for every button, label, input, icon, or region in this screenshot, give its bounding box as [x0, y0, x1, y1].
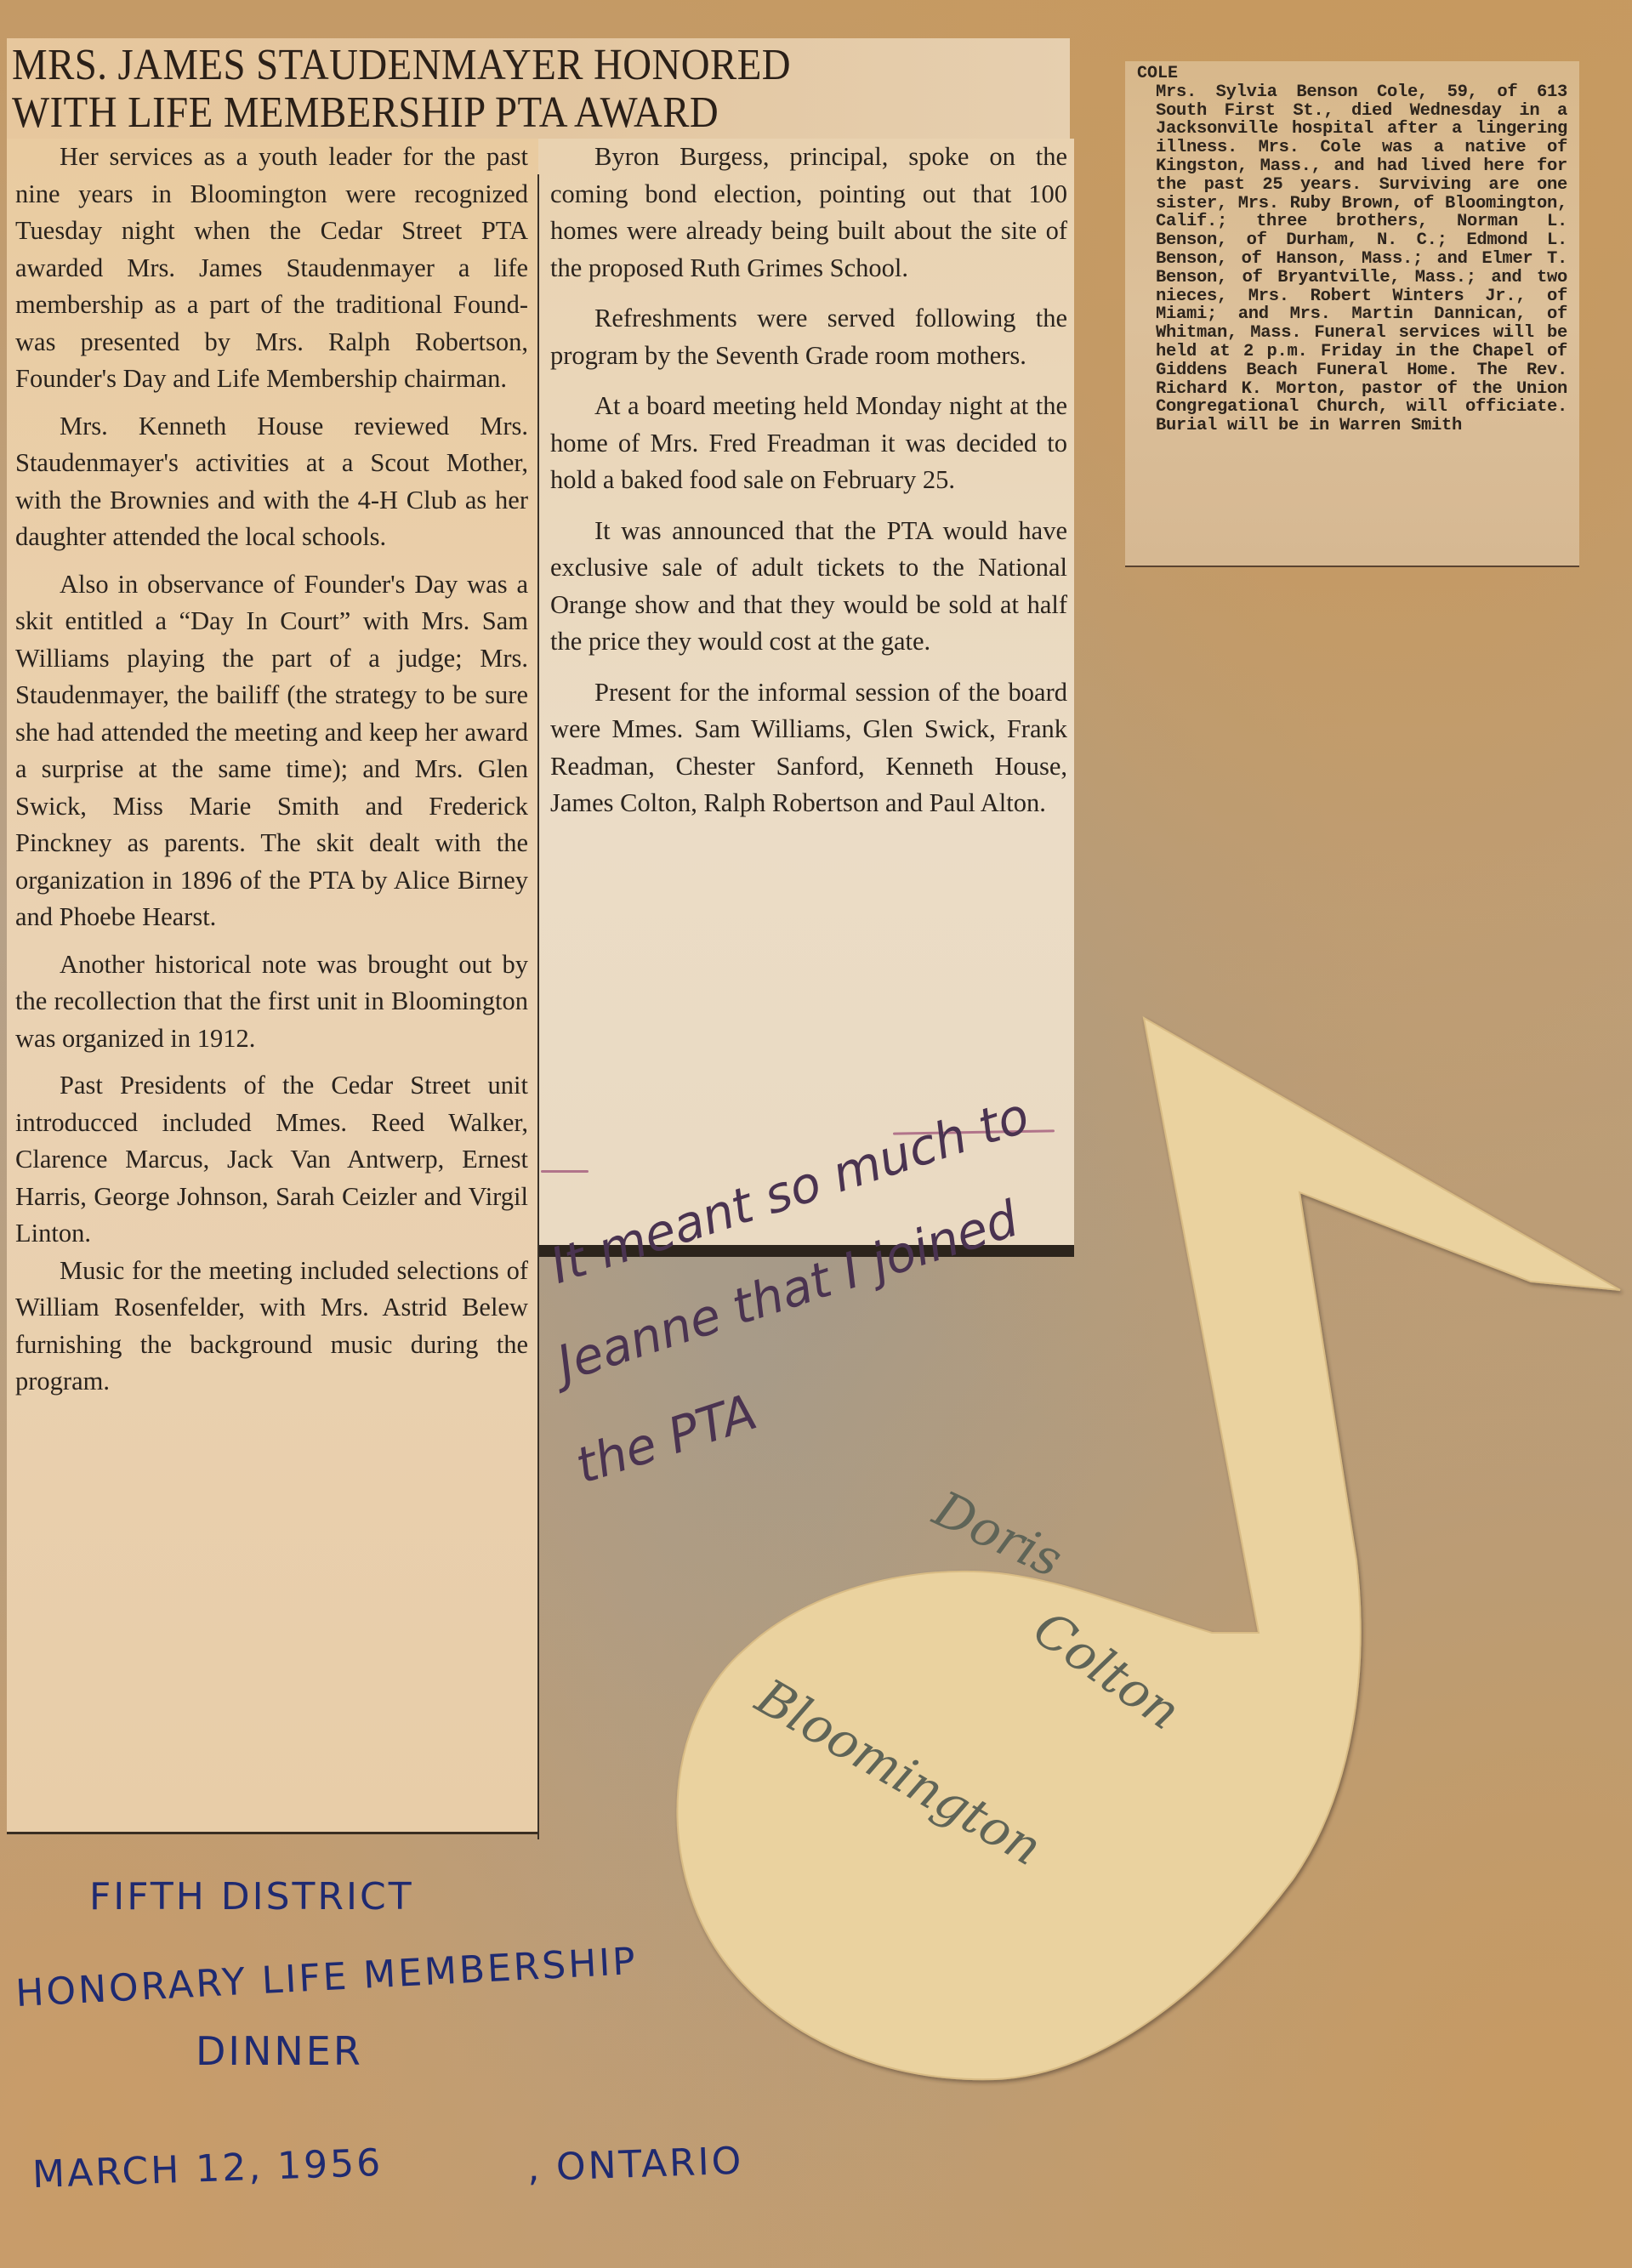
obituary-clipping: COLE Mrs. Sylvia Benson Cole, 59, of 613… — [1125, 61, 1579, 566]
paragraph: Another historical note was brought out … — [15, 946, 528, 1058]
caption-line-1: FIFTH DISTRICT — [89, 1875, 414, 1918]
paragraph: Her services as a youth leader for the p… — [15, 139, 528, 398]
headline-line-1: MRS. JAMES STAUDENMAYER HONORED — [12, 42, 964, 89]
paragraph: At a board meeting held Monday night at … — [550, 388, 1067, 499]
headline-line-2: WITH LIFE MEMBERSHIP PTA AWARD — [12, 89, 964, 137]
paragraph: Also in observance of Founder's Day was … — [15, 566, 528, 936]
caption-date: MARCH 12, 1956 — [31, 2141, 384, 2197]
article-left-column: Her services as a youth leader for the p… — [7, 139, 538, 1834]
caption-line-3: DINNER — [196, 2028, 363, 2074]
caption-line-2: HONORARY LIFE MEMBERSHIP — [14, 1940, 639, 2015]
paragraph: Refreshments were served following the p… — [550, 300, 1067, 374]
caption-place: , ONTARIO — [526, 2140, 744, 2191]
paragraph: Past Presidents of the Cedar Street unit… — [15, 1067, 528, 1253]
paragraph: Present for the informal session of the … — [550, 674, 1067, 822]
column-rule — [537, 174, 539, 1839]
paragraph: It was announced that the PTA would have… — [550, 513, 1067, 661]
paragraph: Byron Burgess, principal, spoke on the c… — [550, 139, 1067, 287]
article-headline: MRS. JAMES STAUDENMAYER HONORED WITH LIF… — [12, 42, 964, 137]
obituary-heading: COLE — [1137, 65, 1567, 83]
paragraph: Music for the meeting included selection… — [15, 1253, 528, 1401]
scrapbook-page: MRS. JAMES STAUDENMAYER HONORED WITH LIF… — [0, 0, 1632, 2268]
headline-strip: MRS. JAMES STAUDENMAYER HONORED WITH LIF… — [7, 38, 1070, 140]
pen-underline — [541, 1170, 589, 1173]
obituary-body: Mrs. Sylvia Benson Cole, 59, of 613 Sout… — [1156, 83, 1567, 435]
paragraph: Mrs. Kenneth House reviewed Mrs. Stauden… — [15, 408, 528, 556]
